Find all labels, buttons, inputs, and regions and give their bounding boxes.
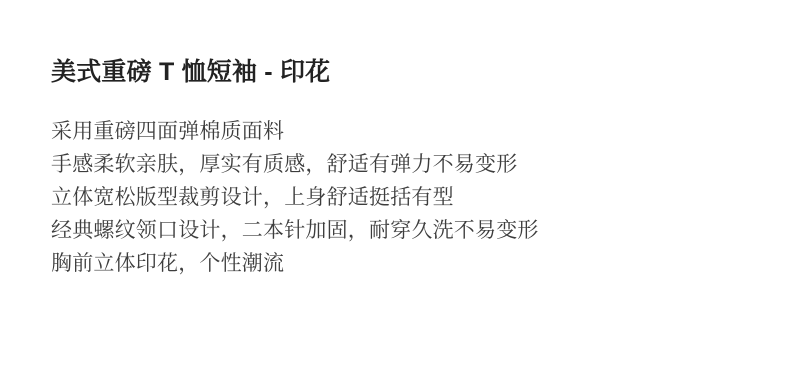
description-line-feel: 手感柔软亲肤，厚实有质感，舒适有弹力不易变形 [51, 148, 750, 181]
description-line-fit: 立体宽松版型裁剪设计，上身舒适挺括有型 [51, 181, 750, 214]
product-description: 采用重磅四面弹棉质面料 手感柔软亲肤，厚实有质感，舒适有弹力不易变形 立体宽松版… [51, 115, 750, 280]
product-description-section: 美式重磅 T 恤短袖 - 印花 采用重磅四面弹棉质面料 手感柔软亲肤，厚实有质感… [0, 0, 790, 365]
product-title: 美式重磅 T 恤短袖 - 印花 [51, 57, 750, 88]
description-line-print: 胸前立体印花，个性潮流 [51, 247, 750, 280]
description-line-collar: 经典螺纹领口设计，二本针加固，耐穿久洗不易变形 [51, 214, 750, 247]
description-line-fabric: 采用重磅四面弹棉质面料 [51, 115, 750, 148]
